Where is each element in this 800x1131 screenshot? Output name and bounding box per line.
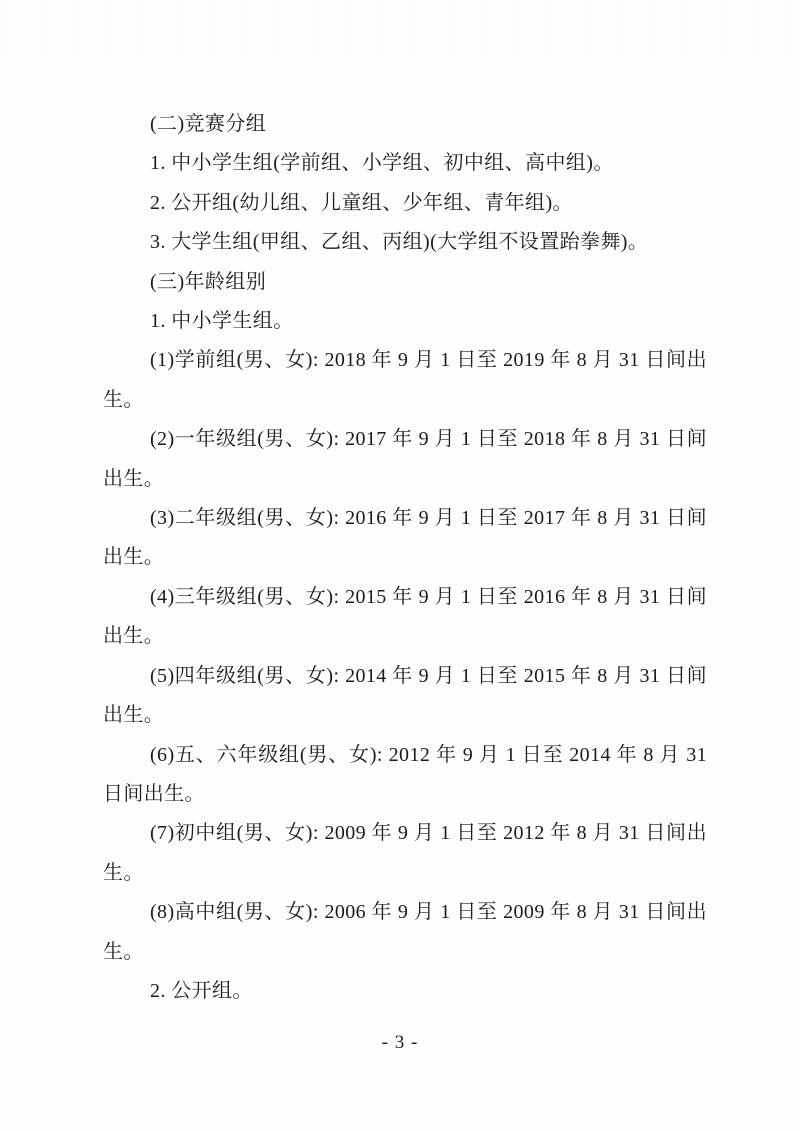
paragraph: (2)一年级组(男、女): 2017 年 9 月 1 日至 2018 年 8 月… [103,420,707,499]
paragraph: 2. 公开组(幼儿组、儿童组、少年组、青年组)。 [103,184,707,223]
document-page: (二)竞赛分组1. 中小学生组(学前组、小学组、初中组、高中组)。2. 公开组(… [0,0,800,1131]
paragraph: 1. 中小学生组(学前组、小学组、初中组、高中组)。 [103,144,707,183]
paragraph: (3)二年级组(男、女): 2016 年 9 月 1 日至 2017 年 8 月… [103,499,707,578]
paragraph: (二)竞赛分组 [103,105,707,144]
paragraph: (1)学前组(男、女): 2018 年 9 月 1 日至 2019 年 8 月 … [103,341,707,420]
document-body: (二)竞赛分组1. 中小学生组(学前组、小学组、初中组、高中组)。2. 公开组(… [103,105,707,1011]
paragraph: 3. 大学生组(甲组、乙组、丙组)(大学组不设置跆拳舞)。 [103,223,707,262]
page-number: - 3 - [0,1031,800,1055]
paragraph: (8)高中组(男、女): 2006 年 9 月 1 日至 2009 年 8 月 … [103,893,707,972]
paragraph: (5)四年级组(男、女): 2014 年 9 月 1 日至 2015 年 8 月… [103,657,707,736]
paragraph: (三)年龄组别 [103,263,707,302]
paragraph: (6)五、六年级组(男、女): 2012 年 9 月 1 日至 2014 年 8… [103,736,707,815]
paragraph: (7)初中组(男、女): 2009 年 9 月 1 日至 2012 年 8 月 … [103,814,707,893]
scan-noise-texture [0,0,800,60]
paragraph: (4)三年级组(男、女): 2015 年 9 月 1 日至 2016 年 8 月… [103,578,707,657]
paragraph: 2. 公开组。 [103,972,707,1011]
paragraph: 1. 中小学生组。 [103,302,707,341]
